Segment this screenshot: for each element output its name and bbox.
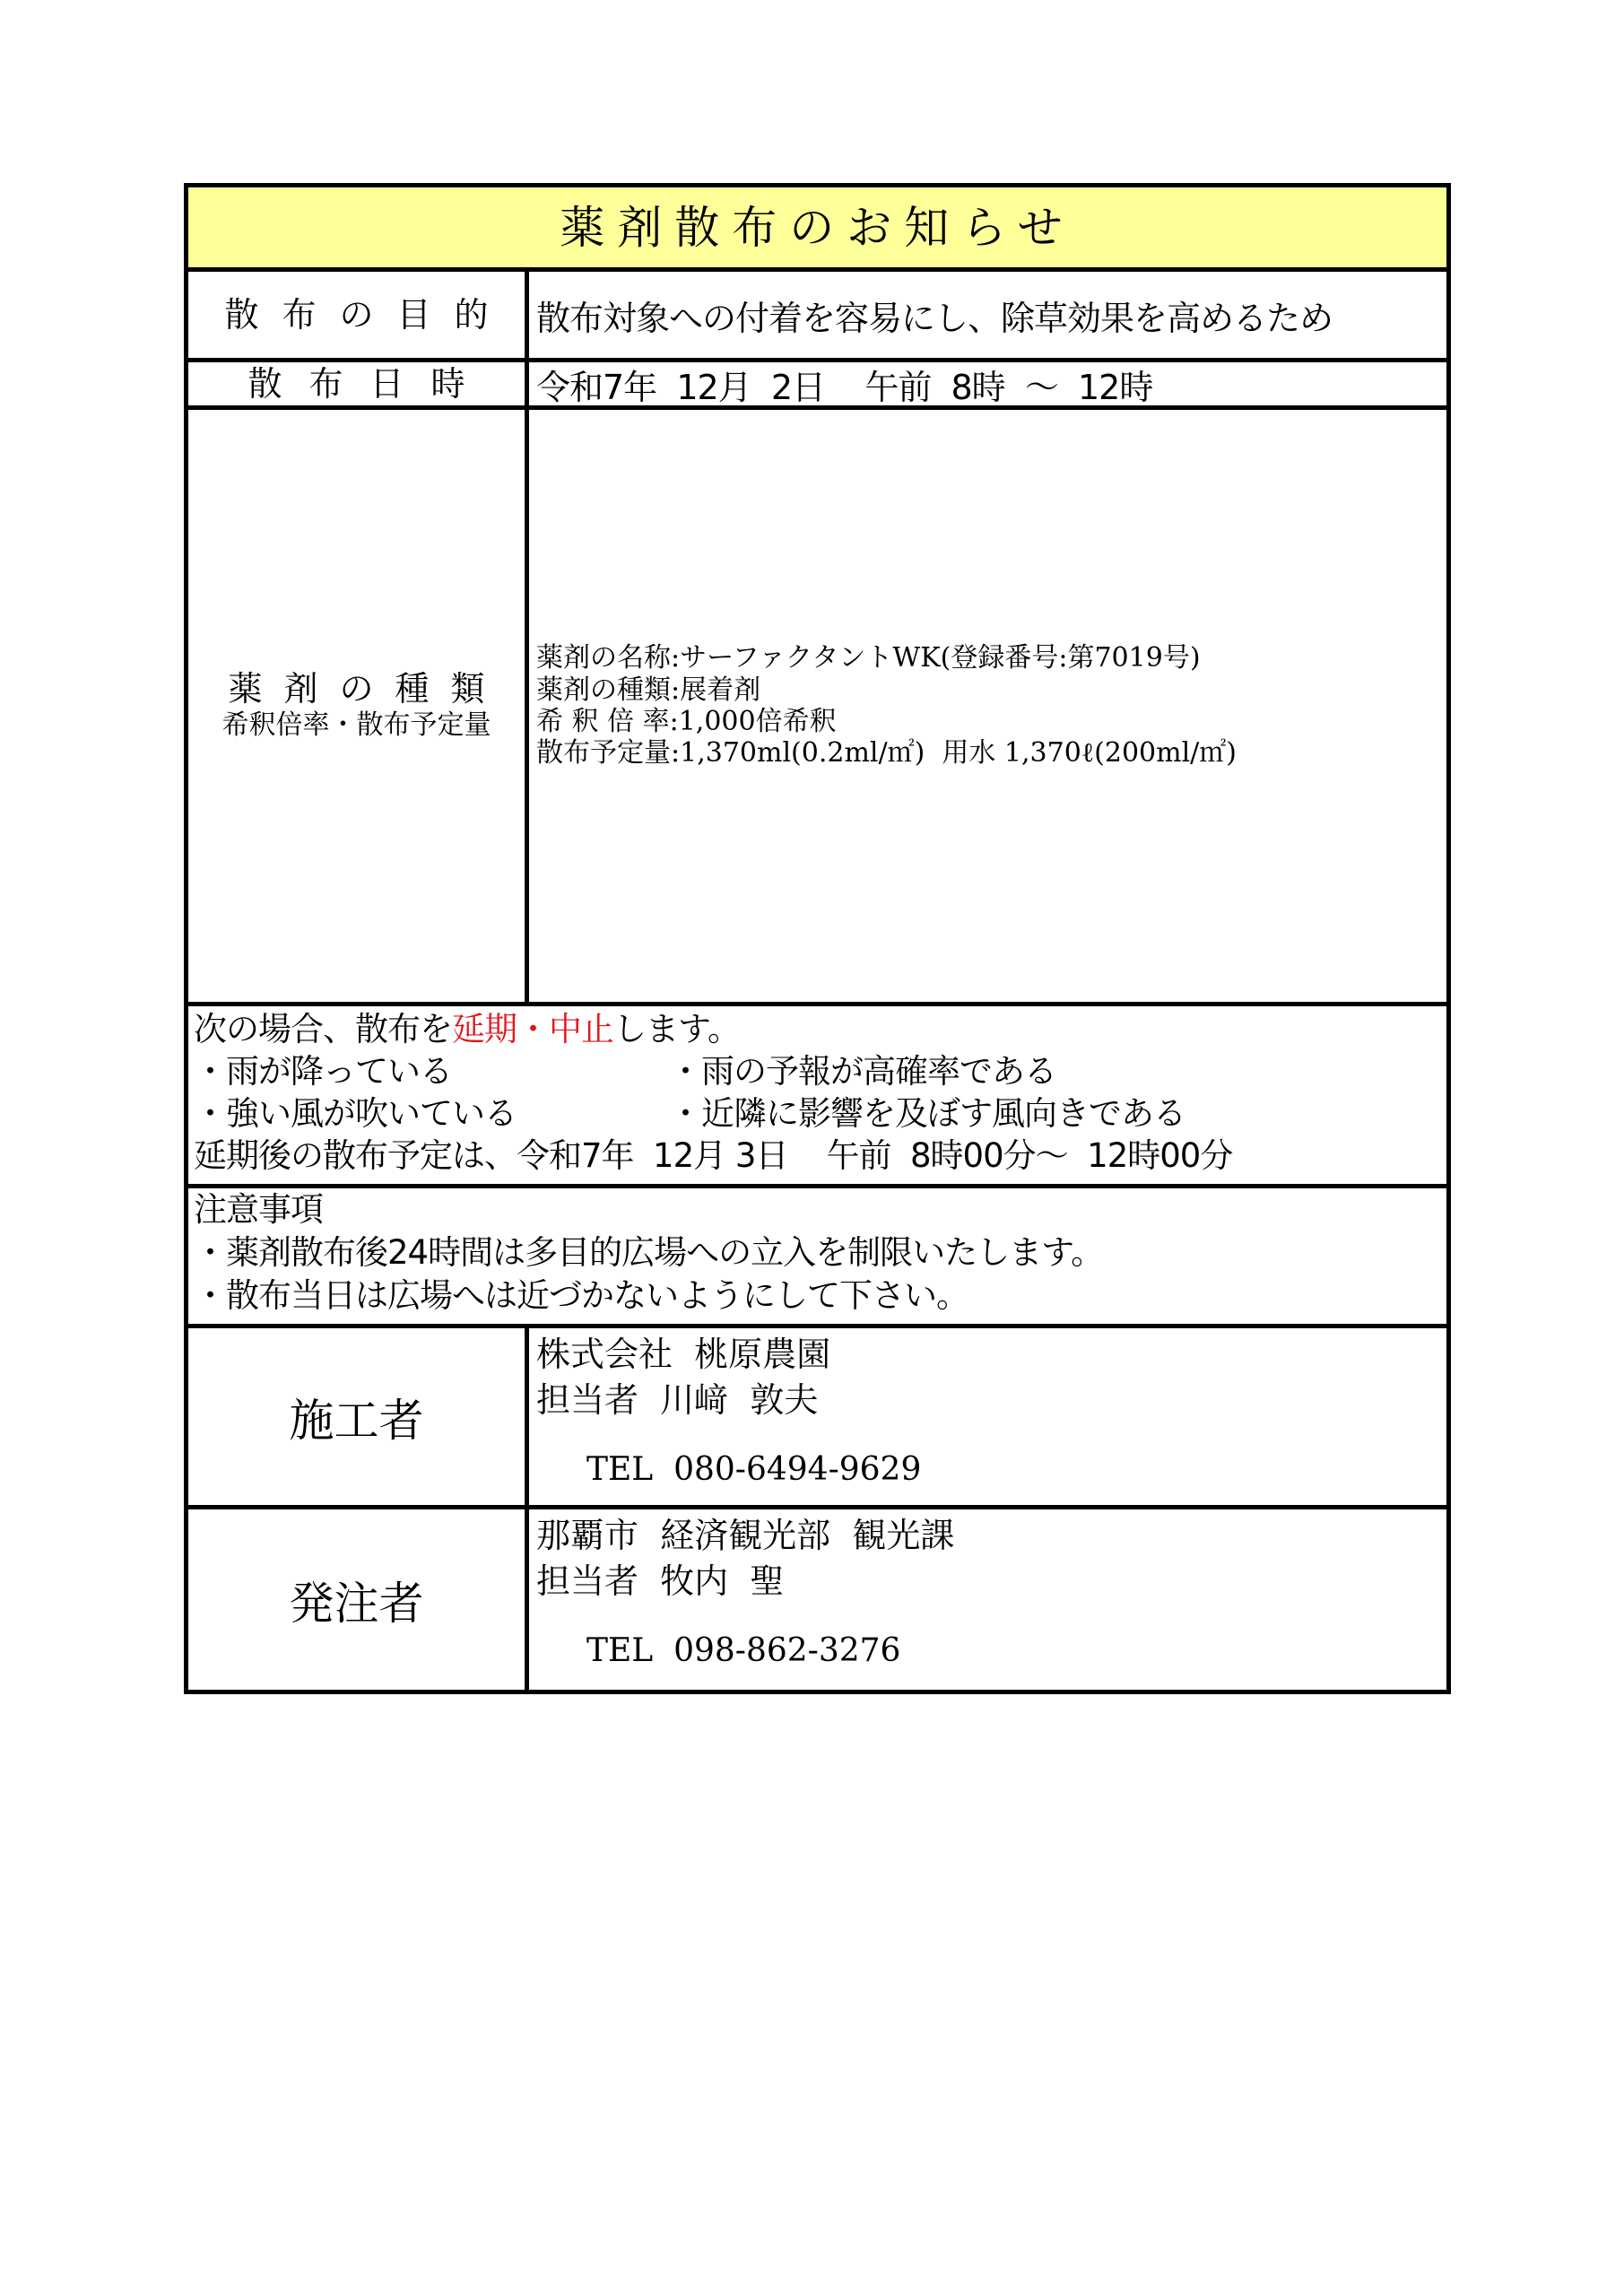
client-person: 担当者 牧内 聖 bbox=[536, 1559, 1446, 1605]
schedule-value-cell: 令和7年 12月 2日 午前 8時 ～ 12時 bbox=[529, 362, 1446, 405]
chemical-label-main: 薬剤の種類 bbox=[228, 670, 506, 709]
client-info-cell: 那覇市 経済観光部 観光課 担当者 牧内 聖 TEL 098-862-3276 bbox=[529, 1509, 1446, 1690]
postpone-intro-suffix: します。 bbox=[613, 1010, 740, 1048]
chemical-value-cell: 薬剤の名称:サーファクタントWK(登録番号:第7019号) 薬剤の種類:展着剤 … bbox=[529, 410, 1446, 1002]
postpone-emphasis: 延期・中止 bbox=[452, 1010, 613, 1048]
purpose-label: 散布の目的 bbox=[224, 298, 511, 332]
condition-item: ・近隣に影響を及ぼす風向きである bbox=[669, 1092, 1185, 1135]
contractor-label: 施工者 bbox=[290, 1385, 424, 1449]
chemical-type-line: 薬剤の種類:展着剤 bbox=[536, 674, 1446, 706]
condition-line: ・強い風が吹いている ・近隣に影響を及ぼす風向きである bbox=[194, 1092, 1446, 1135]
notes-row: 注意事項 ・薬剤散布後24時間は多目的広場への立入を制限いたします。 ・散布当日… bbox=[188, 1188, 1446, 1328]
notes-heading: 注意事項 bbox=[194, 1188, 1446, 1231]
condition-item: ・雨の予報が高確率である bbox=[669, 1050, 1056, 1092]
purpose-value-cell: 散布対象への付着を容易にし、除草効果を高めるため bbox=[529, 272, 1446, 358]
client-row: 発注者 那覇市 経済観光部 観光課 担当者 牧内 聖 TEL 098-862-3… bbox=[188, 1509, 1446, 1690]
purpose-value: 散布対象への付着を容易にし、除草効果を高めるため bbox=[536, 291, 1446, 340]
contractor-info-cell: 株式会社 桃原農園 担当者 川﨑 敦夫 TEL 080-6494-9629 bbox=[529, 1328, 1446, 1505]
condition-item: ・強い風が吹いている bbox=[194, 1092, 669, 1135]
contractor-person: 担当者 川﨑 敦夫 bbox=[536, 1378, 1446, 1423]
contractor-row: 施工者 株式会社 桃原農園 担当者 川﨑 敦夫 TEL 080-6494-962… bbox=[188, 1328, 1446, 1509]
postpone-intro: 次の場合、散布を延期・中止します。 bbox=[194, 1008, 1446, 1050]
note-item: ・散布当日は広場へは近づかないようにして下さい。 bbox=[194, 1274, 1446, 1318]
chemical-label-sub: 希釈倍率・散布予定量 bbox=[222, 709, 491, 742]
postpone-row: 次の場合、散布を延期・中止します。 ・雨が降っている ・雨の予報が高確率である … bbox=[188, 1006, 1446, 1188]
contractor-organization: 株式会社 桃原農園 bbox=[536, 1332, 1446, 1378]
notes-cell: 注意事項 ・薬剤散布後24時間は多目的広場への立入を制限いたします。 ・散布当日… bbox=[188, 1188, 1446, 1324]
contractor-label-cell: 施工者 bbox=[188, 1328, 529, 1505]
schedule-label: 散布日時 bbox=[248, 367, 491, 401]
condition-item: ・雨が降っている bbox=[194, 1050, 669, 1092]
rescheduled-date: 延期後の散布予定は、令和7年 12月 3日 午前 8時00分～ 12時00分 bbox=[194, 1135, 1446, 1177]
condition-line: ・雨が降っている ・雨の予報が高確率である bbox=[194, 1050, 1446, 1092]
notice-table: 薬剤散布のお知らせ 散布の目的 散布対象への付着を容易にし、除草効果を高めるため… bbox=[184, 183, 1451, 1694]
notice-title: 薬剤散布のお知らせ bbox=[560, 205, 1075, 250]
dilution-ratio-line: 希 釈 倍 率:1,000倍希釈 bbox=[536, 706, 1446, 737]
chemical-name-line: 薬剤の名称:サーファクタントWK(登録番号:第7019号) bbox=[536, 642, 1446, 674]
client-label-cell: 発注者 bbox=[188, 1509, 529, 1690]
chemical-row: 薬剤の種類 希釈倍率・散布予定量 薬剤の名称:サーファクタントWK(登録番号:第… bbox=[188, 410, 1446, 1006]
client-tel: TEL 098-862-3276 bbox=[536, 1628, 1446, 1674]
purpose-row: 散布の目的 散布対象への付着を容易にし、除草効果を高めるため bbox=[188, 272, 1446, 362]
application-amount-line: 散布予定量:1,370ml(0.2ml/㎡) 用水 1,370ℓ(200ml/㎡… bbox=[536, 737, 1446, 769]
contractor-tel: TEL 080-6494-9629 bbox=[536, 1447, 1446, 1492]
title-row: 薬剤散布のお知らせ bbox=[188, 187, 1446, 272]
schedule-row: 散布日時 令和7年 12月 2日 午前 8時 ～ 12時 bbox=[188, 362, 1446, 410]
chemical-label-cell: 薬剤の種類 希釈倍率・散布予定量 bbox=[188, 410, 529, 1002]
client-label: 発注者 bbox=[290, 1568, 424, 1632]
schedule-label-cell: 散布日時 bbox=[188, 362, 529, 405]
postpone-intro-prefix: 次の場合、散布を bbox=[194, 1010, 452, 1048]
purpose-label-cell: 散布の目的 bbox=[188, 272, 529, 358]
note-item: ・薬剤散布後24時間は多目的広場への立入を制限いたします。 bbox=[194, 1231, 1446, 1274]
postpone-cell: 次の場合、散布を延期・中止します。 ・雨が降っている ・雨の予報が高確率である … bbox=[188, 1006, 1446, 1184]
schedule-value: 令和7年 12月 2日 午前 8時 ～ 12時 bbox=[536, 360, 1446, 409]
client-organization: 那覇市 経済観光部 観光課 bbox=[536, 1513, 1446, 1559]
